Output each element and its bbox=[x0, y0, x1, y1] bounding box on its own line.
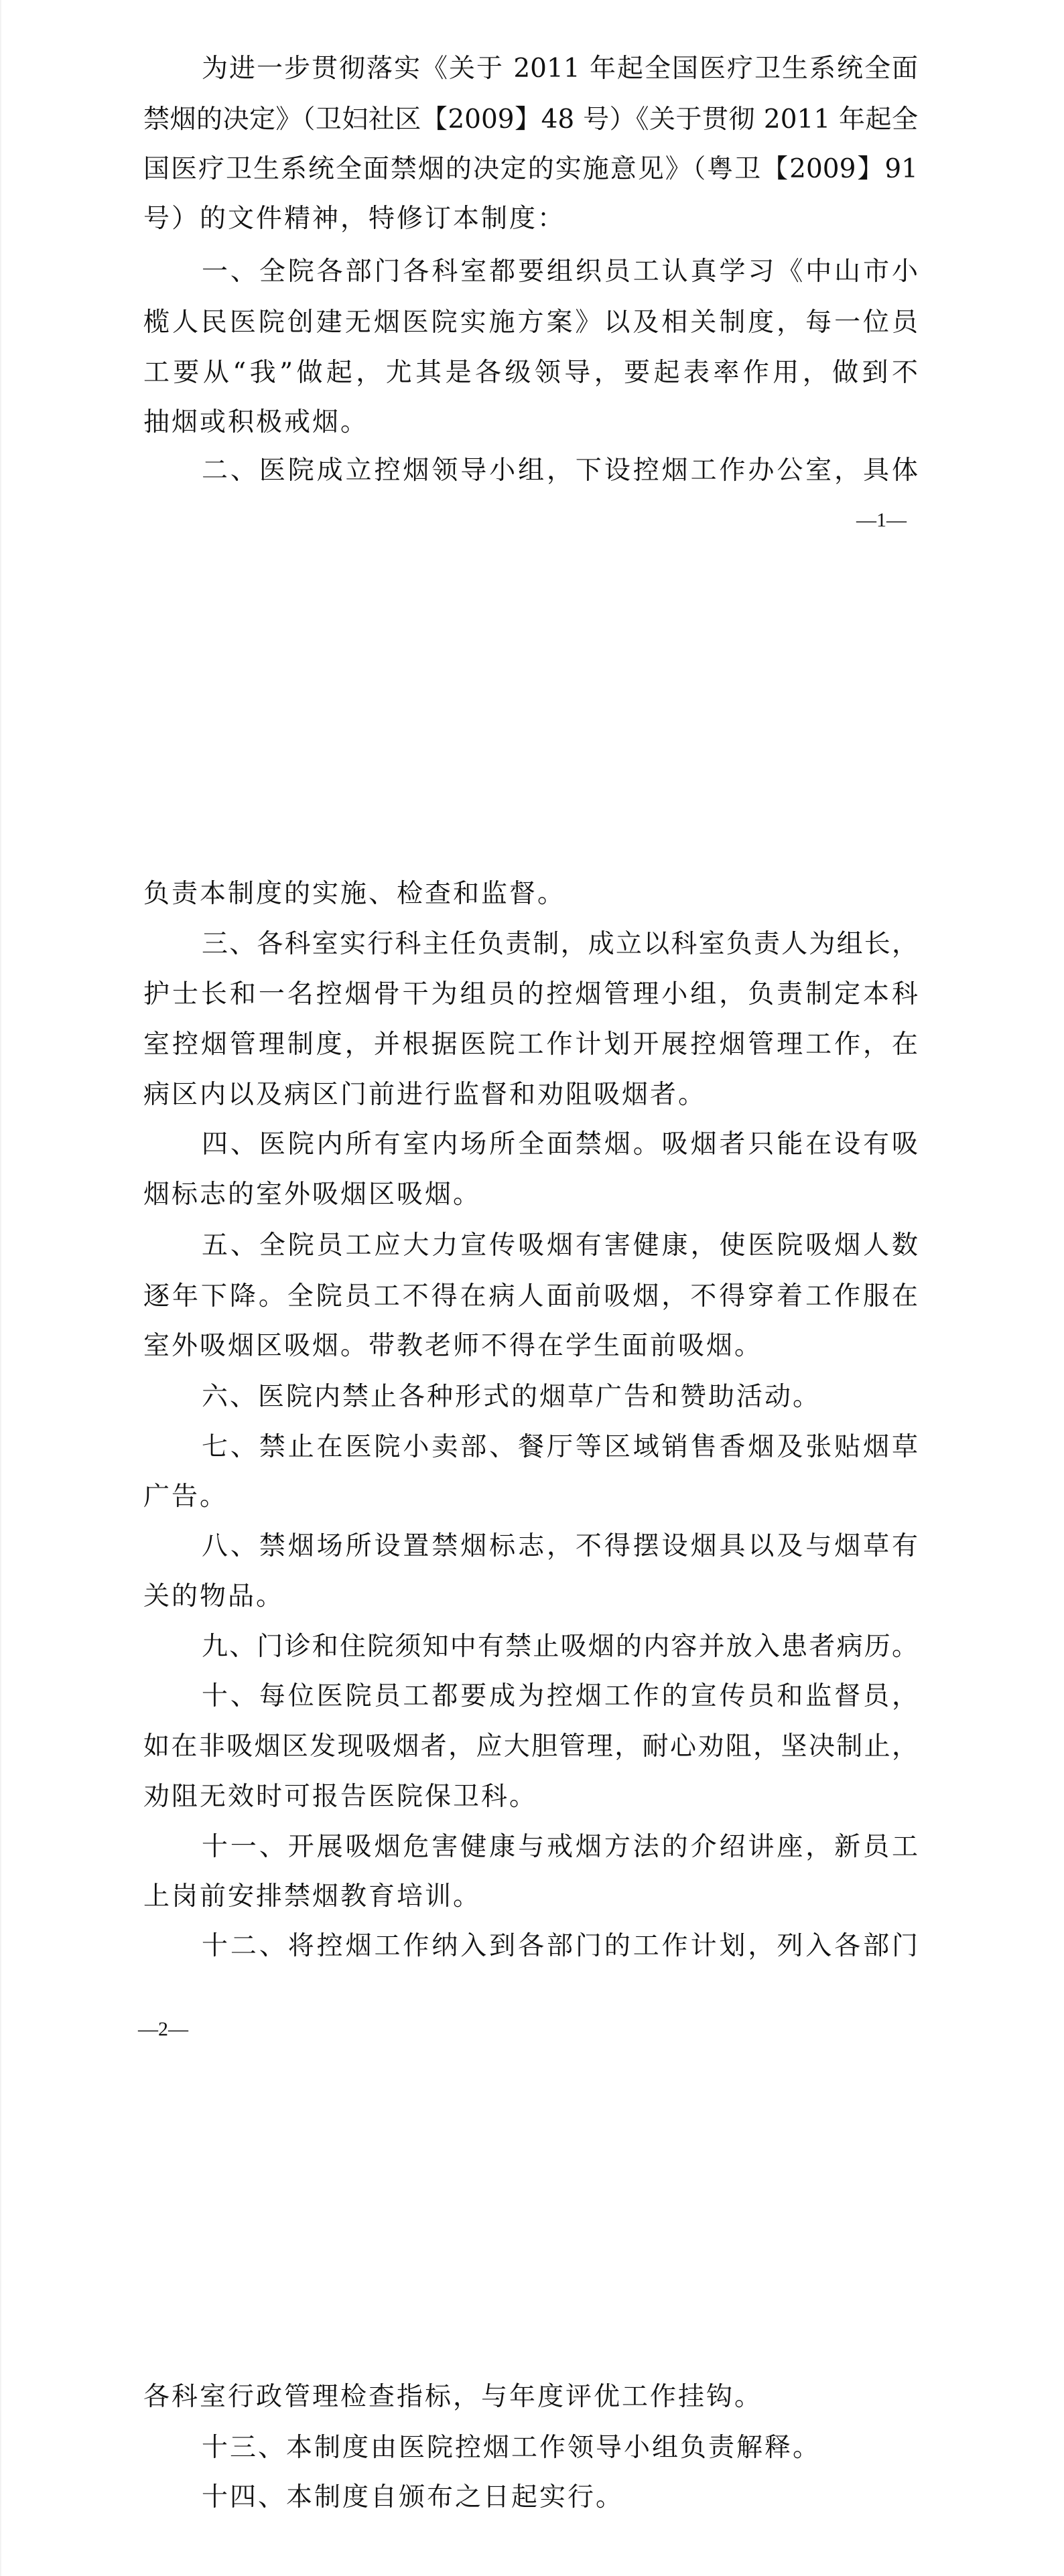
text-line: 十三、本制度由医院控烟工作领导小组负责解释。 bbox=[202, 2423, 918, 2473]
text-line: 各科室行政管理检查指标，与年度评优工作挂钩。 bbox=[143, 2372, 918, 2422]
text-line: 室控烟管理制度，并根据医院工作计划开展控烟管理工作，在 bbox=[143, 1019, 918, 1070]
text-line: 关的物品。 bbox=[143, 1571, 918, 1622]
text-line: 上岗前安排禁烟教育培训。 bbox=[143, 1871, 918, 1922]
text-line: 三、各科室实行科主任负责制，成立以科室负责人为组长， bbox=[202, 919, 918, 969]
text-line: 一、全院各部门各科室都要组织员工认真学习《中山市小 bbox=[202, 246, 918, 297]
text-line: 劝阻无效时可报告医院保卫科。 bbox=[143, 1772, 918, 1822]
text-line: 护士长和一名控烟骨干为组员的控烟管理小组，负责制定本科 bbox=[143, 969, 918, 1019]
text-line: 四、医院内所有室内场所全面禁烟。吸烟者只能在设有吸 bbox=[202, 1119, 918, 1169]
page-number-2: —2— bbox=[138, 2019, 188, 2040]
text-line: 工要从“我”做起，尤其是各级领导，要起表率作用，做到不 bbox=[143, 348, 918, 398]
text-line: 五、全院员工应大力宣传吸烟有害健康，使医院吸烟人数 bbox=[202, 1220, 918, 1271]
text-line: 十二、将控烟工作纳入到各部门的工作计划，列入各部门 bbox=[202, 1921, 918, 1971]
text-line: 抽烟或积极戒烟。 bbox=[143, 397, 918, 447]
text-line: 号）的文件精神，特修订本制度： bbox=[143, 194, 918, 244]
text-line: 七、禁止在医院小卖部、餐厅等区域销售香烟及张贴烟草 bbox=[202, 1422, 918, 1472]
text-line: 如在非吸烟区发现吸烟者，应大胆管理，耐心劝阻，坚决制止， bbox=[143, 1721, 918, 1772]
text-line: 逐年下降。全院员工不得在病人面前吸烟，不得穿着工作服在 bbox=[143, 1271, 918, 1321]
text-line: 烟标志的室外吸烟区吸烟。 bbox=[143, 1169, 918, 1220]
page-left-edge bbox=[0, 0, 1, 2576]
text-line: 十四、本制度自颁布之日起实行。 bbox=[202, 2472, 918, 2522]
text-line: 病区内以及病区门前进行监督和劝阻吸烟者。 bbox=[143, 1070, 918, 1120]
text-line: 十、每位医院员工都要成为控烟工作的宣传员和监督员， bbox=[202, 1671, 918, 1721]
page-number-1: —1— bbox=[856, 510, 907, 530]
text-line: 室外吸烟区吸烟。带教老师不得在学生面前吸烟。 bbox=[143, 1321, 918, 1371]
text-line: 禁烟的决定》（卫妇社区【2009】48 号）《关于贯彻 2011 年起全 bbox=[143, 94, 918, 145]
text-line: 榄人民医院创建无烟医院实施方案》以及相关制度，每一位员 bbox=[143, 297, 918, 348]
text-line: 六、医院内禁止各种形式的烟草广告和赞助活动。 bbox=[202, 1372, 918, 1422]
text-line: 国医疗卫生系统全面禁烟的决定的实施意见》（粤卫【2009】91 bbox=[143, 144, 918, 194]
text-line: 八、禁烟场所设置禁烟标志，不得摆设烟具以及与烟草有 bbox=[202, 1521, 918, 1571]
text-line: 九、门诊和住院须知中有禁止吸烟的内容并放入患者病历。 bbox=[202, 1622, 918, 1672]
text-line: 二、医院成立控烟领导小组，下设控烟工作办公室，具体 bbox=[202, 445, 918, 496]
text-line: 十一、开展吸烟危害健康与戒烟方法的介绍讲座，新员工 bbox=[202, 1822, 918, 1872]
text-line: 负责本制度的实施、检查和监督。 bbox=[143, 869, 918, 919]
text-line: 为进一步贯彻落实《关于 2011 年起全国医疗卫生系统全面 bbox=[202, 44, 918, 94]
text-line: 广告。 bbox=[143, 1472, 918, 1522]
